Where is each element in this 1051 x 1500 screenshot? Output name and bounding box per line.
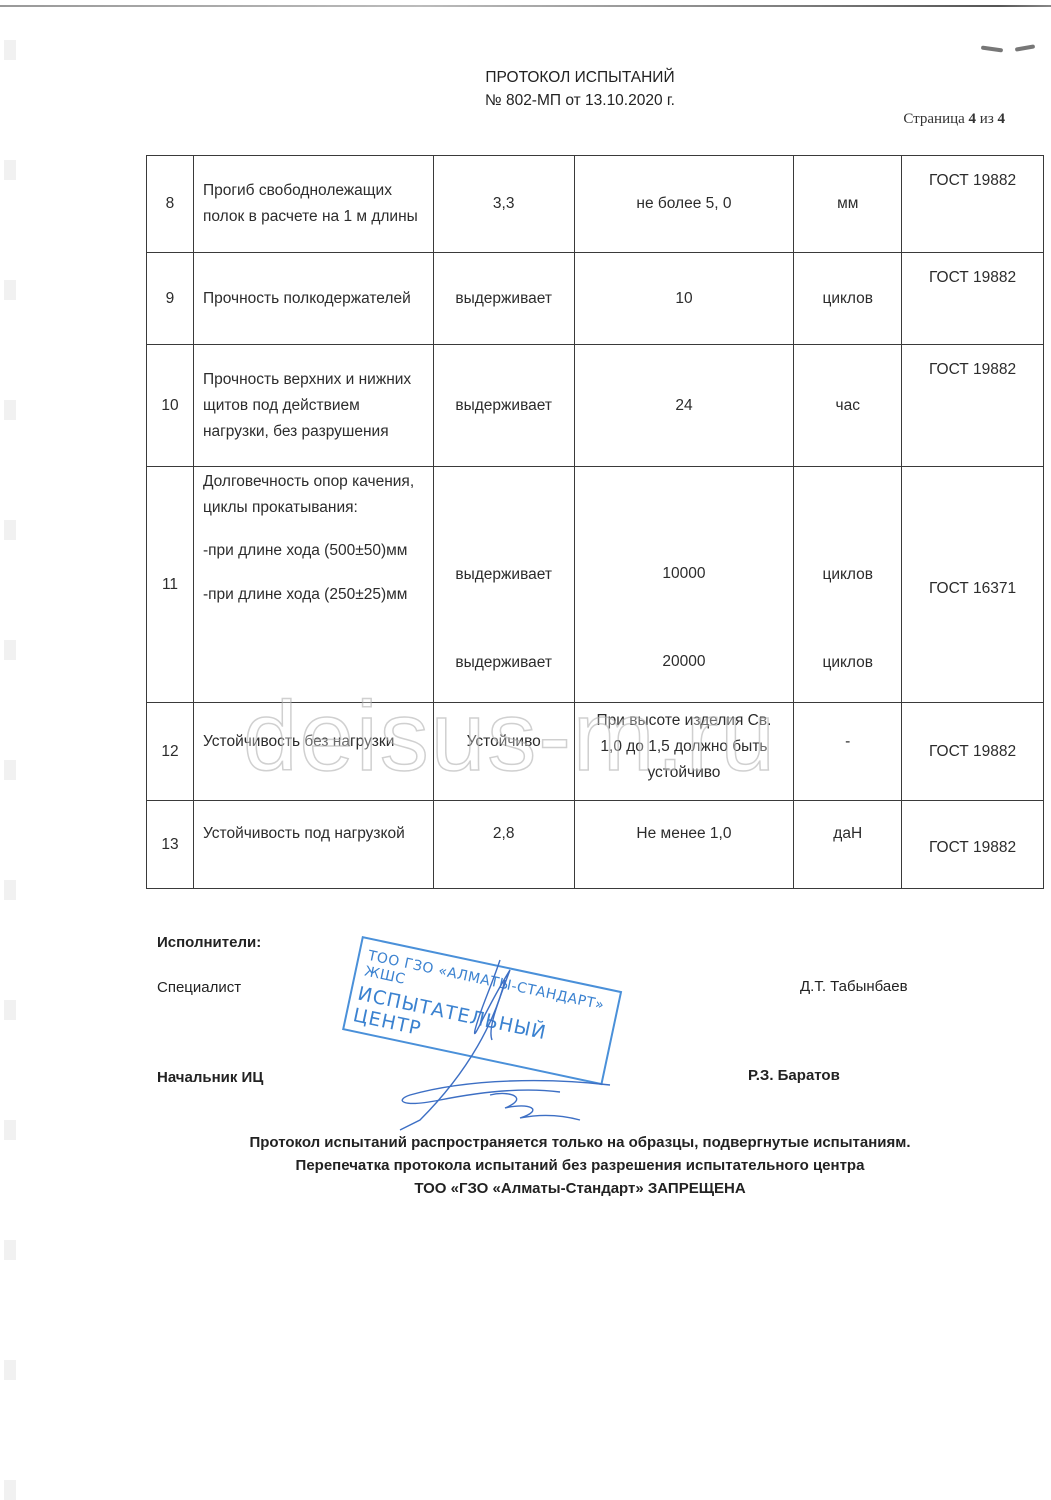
specialist-name: Д.Т. Табынбаев (800, 978, 908, 995)
test-norm: 10 (574, 253, 794, 345)
test-unit: мм (794, 156, 902, 253)
test-norm: При высоте изделия Св. 1,0 до 1,5 должно… (574, 703, 794, 801)
table-row: 10 Прочность верхних и нижних щитов под … (147, 345, 1044, 467)
test-name: Прочность верхних и нижних щитов под дей… (193, 345, 433, 467)
test-result: Устойчиво (433, 703, 574, 801)
test-standard: ГОСТ 19882 (902, 253, 1044, 345)
signature-icon (380, 950, 620, 1140)
test-norm: 10000 20000 (574, 467, 794, 703)
sub-test-name: -при длине хода (500±50)мм (203, 538, 424, 564)
test-name: Прочность полкодержателей (193, 253, 433, 345)
test-result: выдерживает (433, 345, 574, 467)
test-standard: ГОСТ 19882 (902, 156, 1044, 253)
document-header: ПРОТОКОЛ ИСПЫТАНИЙ № 802-МП от 13.10.202… (0, 66, 1051, 112)
test-unit: час (794, 345, 902, 467)
test-norm: Не менее 1,0 (574, 801, 794, 889)
test-result: выдерживает выдерживает (433, 467, 574, 703)
scan-edge-line (0, 5, 1051, 7)
test-name: Долговечность опор качения, циклы прокат… (193, 467, 433, 703)
row-number: 10 (147, 345, 194, 467)
scan-left-edge (4, 0, 16, 1500)
table-row: 12 Устойчивость без нагрузки Устойчиво П… (147, 703, 1044, 801)
disclaimer-line-2: Перепечатка протокола испытаний без разр… (0, 1154, 1051, 1177)
disclaimer-line-3: ТОО «ГЗО «Алматы-Стандарт» ЗАПРЕЩЕНА (0, 1177, 1051, 1200)
row-number: 11 (147, 467, 194, 703)
test-result: выдерживает (433, 253, 574, 345)
test-name: Устойчивость под нагрузкой (193, 801, 433, 889)
test-result: 3,3 (433, 156, 574, 253)
test-standard: ГОСТ 19882 (902, 801, 1044, 889)
test-unit: циклов циклов (794, 467, 902, 703)
disclaimer: Протокол испытаний распространяется толь… (0, 1131, 1051, 1200)
test-standard: ГОСТ 16371 (902, 467, 1044, 703)
test-unit: циклов (794, 253, 902, 345)
scan-marks (979, 46, 1039, 54)
test-norm: 24 (574, 345, 794, 467)
protocol-number: № 802-МП от 13.10.2020 г. (0, 89, 1051, 112)
test-unit: - (794, 703, 902, 801)
table-row: 11 Долговечность опор качения, циклы про… (147, 467, 1044, 703)
table-row: 13 Устойчивость под нагрузкой 2,8 Не мен… (147, 801, 1044, 889)
row-number: 9 (147, 253, 194, 345)
row-number: 8 (147, 156, 194, 253)
test-norm: не более 5, 0 (574, 156, 794, 253)
row-number: 13 (147, 801, 194, 889)
head-role: Начальник ИЦ (157, 1069, 263, 1086)
test-name: Устойчивость без нагрузки (193, 703, 433, 801)
disclaimer-line-1: Протокол испытаний распространяется толь… (0, 1131, 1051, 1154)
test-result: 2,8 (433, 801, 574, 889)
test-standard: ГОСТ 19882 (902, 345, 1044, 467)
document-title: ПРОТОКОЛ ИСПЫТАНИЙ (0, 66, 1051, 89)
test-name: Прогиб свободнолежащих полок в расчете н… (193, 156, 433, 253)
table-row: 9 Прочность полкодержателей выдерживает … (147, 253, 1044, 345)
row-number: 12 (147, 703, 194, 801)
signatories-heading: Исполнители: (157, 934, 261, 951)
sub-test-name: -при длине хода (250±25)мм (203, 582, 424, 608)
page-indicator: Страница 4 из 4 (903, 111, 1005, 128)
test-results-table: 8 Прогиб свободнолежащих полок в расчете… (146, 155, 1044, 889)
specialist-role: Специалист (157, 979, 241, 996)
test-unit: даН (794, 801, 902, 889)
test-standard: ГОСТ 19882 (902, 703, 1044, 801)
table-row: 8 Прогиб свободнолежащих полок в расчете… (147, 156, 1044, 253)
head-name: Р.З. Баратов (748, 1067, 840, 1084)
